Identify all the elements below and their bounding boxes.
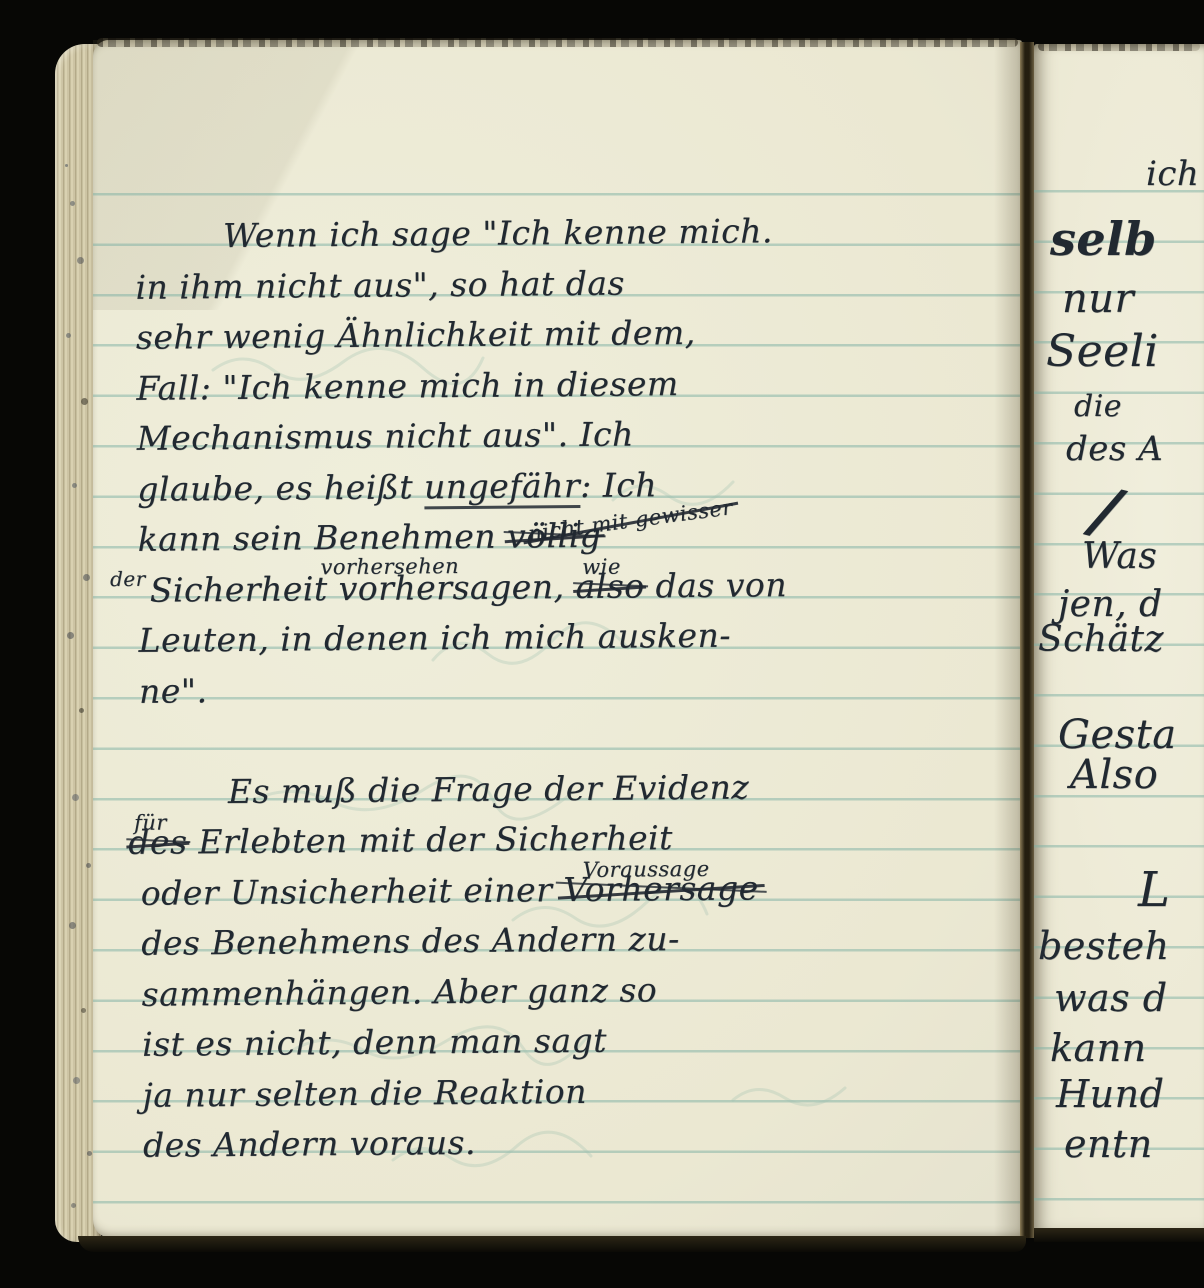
- manuscript-fragment: kann: [1050, 1026, 1147, 1070]
- struck-word: also: [575, 561, 644, 612]
- correction-stack: vorhersehenvorhersagen,: [338, 562, 564, 614]
- text-segment: das von: [655, 565, 787, 605]
- manuscript-line: sehr wenig Ähnlichkeit mit dem,: [136, 305, 1013, 363]
- struck-word: des: [128, 817, 188, 868]
- manuscript-line: ja nur selten die Reaktion: [142, 1063, 1019, 1121]
- manuscript-line: glaube, es heißt ungefähr: Ich: [137, 457, 1014, 515]
- manuscript-fragment: nur: [1062, 276, 1134, 322]
- correction-stack: VoraussageVorhersage: [563, 863, 759, 915]
- manuscript-line: Es muß die Frage der Evidenz: [140, 760, 1017, 818]
- text-segment: oder Unsicherheit einer: [141, 870, 553, 913]
- manuscript-line: kann sein Benehmennicht mit gewisservöll…: [137, 507, 1014, 565]
- text-segment: Sicherheit: [150, 569, 328, 610]
- manuscript-fragment: Hund: [1056, 1072, 1164, 1116]
- correction-stack: fürdes: [128, 817, 188, 868]
- manuscript-line: Fall: "Ich kenne mich in diesem: [136, 356, 1013, 414]
- manuscript-line: ist es nicht, denn man sagt: [142, 1012, 1019, 1070]
- book-underside-shadow-right: [1034, 1228, 1204, 1242]
- book-underside-shadow: [78, 1236, 1026, 1252]
- manuscript-line: Leuten, in denen ich mich ausken-: [138, 608, 1015, 666]
- manuscript-line: des Benehmens des Andern zu-: [141, 911, 1018, 969]
- manuscript-fragment: L: [1138, 862, 1170, 918]
- gutter-shadow: [994, 40, 1022, 1238]
- manuscript-fragment: des A: [1066, 429, 1163, 469]
- manuscript-fragment: besteh: [1038, 924, 1170, 968]
- text-segment: : Ich: [580, 465, 657, 505]
- manuscript-line: Wenn ich sage "Ich kenne mich.: [135, 204, 1012, 262]
- manuscript-fragment: Schätz: [1038, 619, 1164, 660]
- manuscript-fragment: selb: [1050, 212, 1157, 266]
- manuscript-line: oder Unsicherheit einerVoraussageVorhers…: [141, 861, 1018, 919]
- manuscript-fragment: Was: [1082, 536, 1157, 577]
- correction-stack: wiealso: [575, 561, 644, 612]
- binding-gutter: [1020, 42, 1034, 1238]
- manuscript-line: Mechanismus nicht aus". Ich: [137, 406, 1014, 464]
- struck-word: Vorhersage: [563, 863, 759, 915]
- manuscript-line: ne".: [139, 659, 1016, 717]
- manuscript-line: in ihm nicht aus", so hat das: [135, 255, 1012, 313]
- blank-line: [139, 709, 1016, 767]
- manuscript-fragment: die: [1074, 389, 1122, 424]
- notebook-photo: Wenn ich sage "Ich kenne mich. in ihm ni…: [0, 0, 1204, 1288]
- margin-insertion: der: [110, 553, 146, 604]
- manuscript-line: des Andern voraus.: [143, 1113, 1020, 1171]
- manuscript-line: derSicherheitvorhersehenvorhersagen,wiea…: [126, 558, 1015, 616]
- text-segment: Erlebten mit der Sicherheit: [198, 818, 673, 861]
- top-edge-dirt: [97, 38, 1018, 47]
- right-page: ich selb nur Seeli die des A / Was jen, …: [1034, 44, 1204, 1230]
- manuscript-text: Wenn ich sage "Ich kenne mich. in ihm ni…: [135, 204, 1020, 1171]
- manuscript-fragment: ich: [1146, 154, 1199, 194]
- manuscript-fragment: Seeli: [1046, 326, 1159, 377]
- manuscript-fragment: Also: [1070, 752, 1158, 798]
- top-edge-dirt-right: [1038, 44, 1200, 51]
- manuscript-line: sammenhängen. Aber ganz so: [141, 962, 1018, 1020]
- text-segment: kann sein Benehmen: [138, 517, 497, 559]
- alternative-word-above: vorhersehen: [320, 556, 459, 578]
- manuscript-line: fürdesErlebten mit der Sicherheit: [128, 810, 1017, 868]
- manuscript-fragment: entn: [1064, 1122, 1153, 1166]
- manuscript-fragment: was d: [1054, 976, 1168, 1020]
- left-page: Wenn ich sage "Ich kenne mich. in ihm ni…: [93, 40, 1022, 1238]
- underlined-word: ungefähr: [424, 465, 580, 508]
- text-segment: glaube, es heißt: [137, 467, 424, 509]
- edge-ink-specks: [65, 164, 68, 167]
